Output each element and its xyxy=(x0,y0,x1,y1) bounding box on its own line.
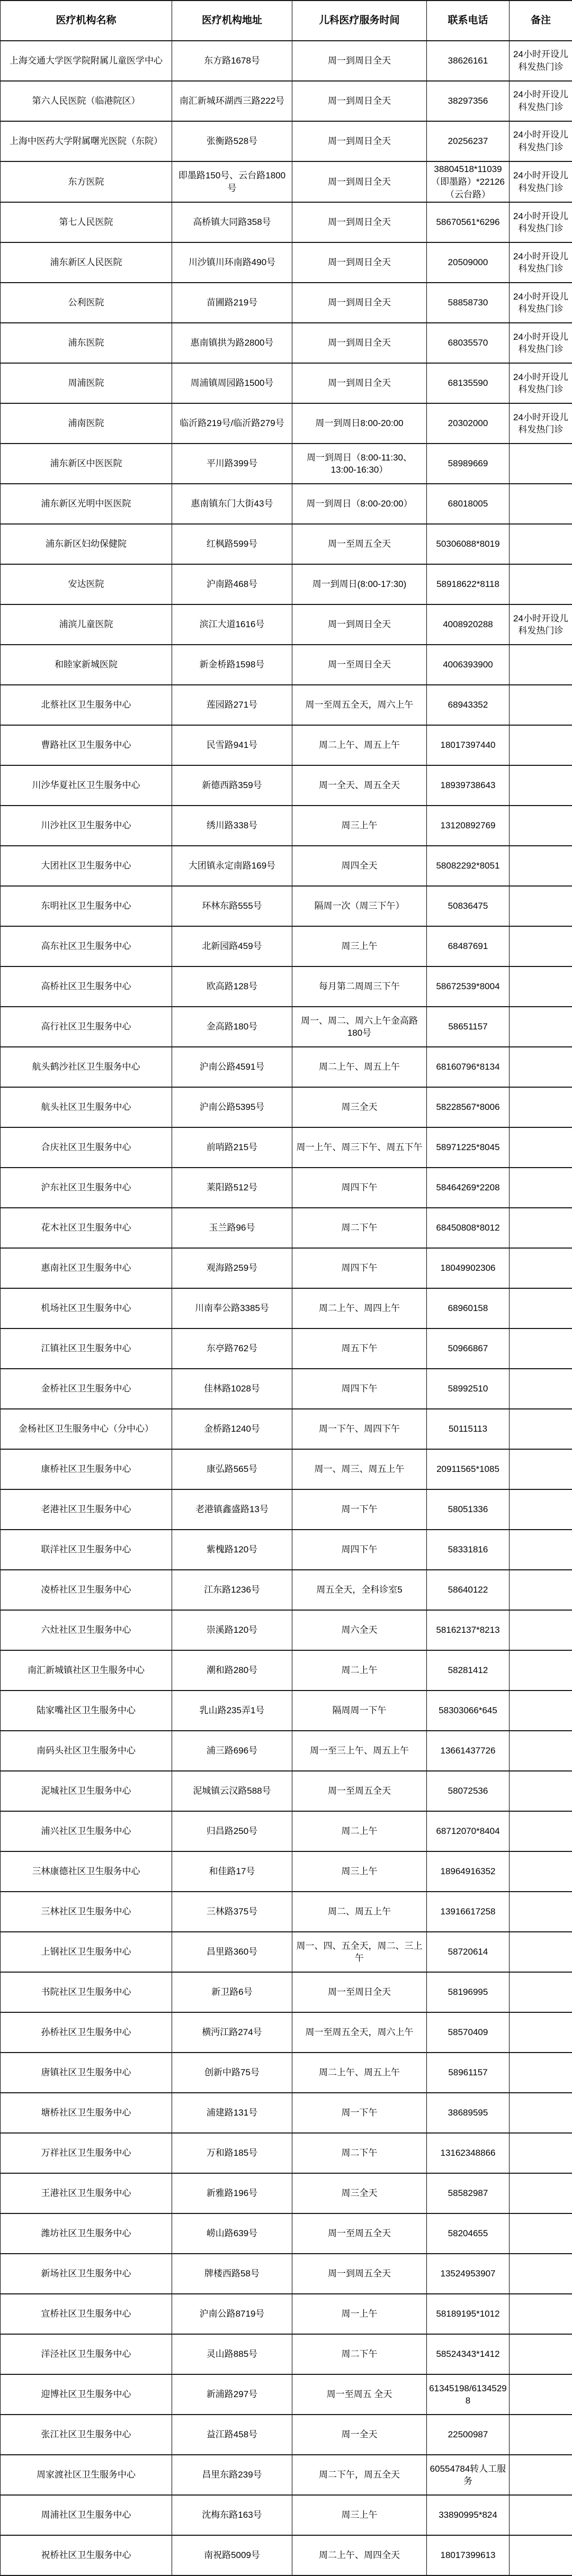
cell-address: 新德西路359号 xyxy=(172,765,292,806)
cell-institution-name: 周浦医院 xyxy=(1,363,172,403)
cell-address: 新雅路196号 xyxy=(172,2173,292,2213)
cell-institution-name: 和睦家新城医院 xyxy=(1,645,172,685)
cell-phone: 68487691 xyxy=(427,926,510,966)
cell-remark xyxy=(510,806,572,846)
table-row: 南码头社区卫生服务中心浦三路696号周一至三上午、周五上午13661437726 xyxy=(1,1731,572,1771)
cell-address: 沪南路468号 xyxy=(172,564,292,604)
cell-institution-name: 康桥社区卫生服务中心 xyxy=(1,1449,172,1489)
cell-address: 牌楼西路58号 xyxy=(172,2254,292,2294)
cell-service-time: 周一到周日全天 xyxy=(292,604,427,645)
cell-institution-name: 洋泾社区卫生服务中心 xyxy=(1,2334,172,2374)
cell-service-time: 周三上午 xyxy=(292,2495,427,2535)
cell-phone: 68960158 xyxy=(427,1288,510,1328)
cell-service-time: 周二下午 xyxy=(292,2334,427,2374)
cell-remark xyxy=(510,1771,572,1811)
cell-address: 昌里路360号 xyxy=(172,1932,292,1972)
cell-phone: 13120892769 xyxy=(427,806,510,846)
cell-service-time: 周一到周日8:00-20:00 xyxy=(292,403,427,444)
cell-remark xyxy=(510,1851,572,1892)
cell-institution-name: 航头社区卫生服务中心 xyxy=(1,1087,172,1127)
cell-service-time: 周二上午、周四全天 xyxy=(292,2535,427,2575)
table-row: 孙桥社区卫生服务中心横沔江路274号周一至周五全天，周六上午58570409 xyxy=(1,2012,572,2053)
cell-phone: 13524953907 xyxy=(427,2254,510,2294)
cell-service-time: 周四下午 xyxy=(292,1248,427,1288)
table-row: 沪东社区卫生服务中心莱阳路512号周四下午58464269*2208 xyxy=(1,1168,572,1208)
cell-phone: 13661437726 xyxy=(427,1731,510,1771)
cell-institution-name: 王港社区卫生服务中心 xyxy=(1,2173,172,2213)
cell-service-time: 周一下午 xyxy=(292,2093,427,2133)
cell-remark xyxy=(510,2374,572,2415)
cell-service-time: 周一到周日全天 xyxy=(292,242,427,283)
cell-address: 崂山路639号 xyxy=(172,2213,292,2254)
table-row: 张江社区卫生服务中心益江路458号周一全天22500987 xyxy=(1,2415,572,2455)
cell-remark xyxy=(510,1087,572,1127)
cell-address: 金高路180号 xyxy=(172,1007,292,1047)
cell-service-time: 周五全天，全科诊室5 xyxy=(292,1570,427,1610)
cell-service-time: 周一到周日全天 xyxy=(292,81,427,121)
cell-address: 平川路399号 xyxy=(172,444,292,484)
cell-service-time: 周一、四、五全天，周二、三上午 xyxy=(292,1932,427,1972)
cell-service-time: 周一到周日全天 xyxy=(292,202,427,242)
cell-remark xyxy=(510,1047,572,1087)
cell-remark xyxy=(510,685,572,725)
cell-phone: 58670561*6296 xyxy=(427,202,510,242)
cell-service-time: 周二上午、周五上午 xyxy=(292,725,427,765)
cell-phone: 20302000 xyxy=(427,403,510,444)
cell-institution-name: 浦东新区光明中医医院 xyxy=(1,484,172,524)
cell-phone: 68712070*8404 xyxy=(427,1811,510,1851)
cell-institution-name: 机场社区卫生服务中心 xyxy=(1,1288,172,1328)
cell-institution-name: 浦东新区中医医院 xyxy=(1,444,172,484)
table-row: 航头鹤沙社区卫生服务中心沪南公路4591号周二上午、周五上午68160796*8… xyxy=(1,1047,572,1087)
cell-address: 莱阳路512号 xyxy=(172,1168,292,1208)
cell-address: 灵山路885号 xyxy=(172,2334,292,2374)
cell-remark xyxy=(510,1691,572,1731)
table-row: 大团社区卫生服务中心大团镇永定南路169号周四全天58082292*8051 xyxy=(1,846,572,886)
table-row: 周浦医院周浦镇周园路1500号周一到周日全天6813559024小时开设儿科发热… xyxy=(1,363,572,403)
cell-institution-name: 联洋社区卫生服务中心 xyxy=(1,1530,172,1570)
cell-remark: 24小时开设儿科发热门诊 xyxy=(510,403,572,444)
cell-address: 惠南镇拱为路2800号 xyxy=(172,323,292,363)
cell-address: 沪南公路4591号 xyxy=(172,1047,292,1087)
cell-address: 川沙镇川环南路490号 xyxy=(172,242,292,283)
cell-service-time: 每月第二周周三下午 xyxy=(292,966,427,1007)
cell-address: 紫槐路120号 xyxy=(172,1530,292,1570)
cell-institution-name: 新场社区卫生服务中心 xyxy=(1,2254,172,2294)
table-row: 浦东医院惠南镇拱为路2800号周一到周日全天6803557024小时开设儿科发热… xyxy=(1,323,572,363)
cell-remark xyxy=(510,1892,572,1932)
cell-service-time: 周五下午 xyxy=(292,1328,427,1369)
table-row: 老港社区卫生服务中心老港镇鑫盛路13号周一下午58051336 xyxy=(1,1489,572,1530)
cell-address: 绣川路338号 xyxy=(172,806,292,846)
cell-institution-name: 浦东医院 xyxy=(1,323,172,363)
cell-address: 归昌路250号 xyxy=(172,1811,292,1851)
cell-remark xyxy=(510,1409,572,1449)
table-row: 联洋社区卫生服务中心紫槐路120号周四下午58331816 xyxy=(1,1530,572,1570)
cell-service-time: 周一到周日全天 xyxy=(292,363,427,403)
cell-institution-name: 泥城社区卫生服务中心 xyxy=(1,1771,172,1811)
cell-phone: 58051336 xyxy=(427,1489,510,1530)
table-row: 洋泾社区卫生服务中心灵山路885号周二下午58524343*1412 xyxy=(1,2334,572,2374)
table-row: 新场社区卫生服务中心牌楼西路58号周一到周五全天13524953907 xyxy=(1,2254,572,2294)
cell-address: 前哨路215号 xyxy=(172,1127,292,1168)
table-row: 三林社区卫生服务中心三林路375号周二、周五上午13916617258 xyxy=(1,1892,572,1932)
cell-institution-name: 三林社区卫生服务中心 xyxy=(1,1892,172,1932)
cell-institution-name: 孙桥社区卫生服务中心 xyxy=(1,2012,172,2053)
table-row: 祝桥社区卫生服务中心南祝路5009号周二上午、周四全天18017399613 xyxy=(1,2535,572,2575)
table-row: 川沙华夏社区卫生服务中心新德西路359号周一全天、周五全天18939738643 xyxy=(1,765,572,806)
col-header-remark: 备注 xyxy=(510,1,572,41)
cell-remark xyxy=(510,1570,572,1610)
cell-institution-name: 周家渡社区卫生服务中心 xyxy=(1,2455,172,2495)
cell-phone: 58651157 xyxy=(427,1007,510,1047)
cell-phone: 58228567*8006 xyxy=(427,1087,510,1127)
table-row: 浦东新区人民医院川沙镇川环南路490号周一到周日全天2050900024小时开设… xyxy=(1,242,572,283)
cell-service-time: 周一至周五全天，周六上午 xyxy=(292,685,427,725)
cell-remark xyxy=(510,886,572,926)
cell-remark xyxy=(510,1972,572,2012)
header-row: 医疗机构名称 医疗机构地址 儿科医疗服务时间 联系电话 备注 xyxy=(1,1,572,41)
cell-service-time: 周一到周日全天 xyxy=(292,161,427,202)
cell-address: 益江路458号 xyxy=(172,2415,292,2455)
cell-service-time: 周一到周日（8:00-20:00） xyxy=(292,484,427,524)
cell-remark xyxy=(510,1932,572,1972)
cell-address: 观海路259号 xyxy=(172,1248,292,1288)
cell-service-time: 周一至周五全天 xyxy=(292,1771,427,1811)
cell-phone: 13916617258 xyxy=(427,1892,510,1932)
cell-service-time: 周一到周日(8:00-17:30) xyxy=(292,564,427,604)
cell-institution-name: 金桥社区卫生服务中心 xyxy=(1,1369,172,1409)
cell-address: 万和路185号 xyxy=(172,2133,292,2173)
table-row: 高桥社区卫生服务中心欧高路128号每月第二周周三下午58672539*8004 xyxy=(1,966,572,1007)
cell-service-time: 周一全天 xyxy=(292,2415,427,2455)
medical-institutions-table: 医疗机构名称 医疗机构地址 儿科医疗服务时间 联系电话 备注 上海交通大学医学院… xyxy=(0,0,572,2576)
cell-address: 即墨路150号、云台路1800号 xyxy=(172,161,292,202)
table-row: 惠南社区卫生服务中心观海路259号周四下午18049902306 xyxy=(1,1248,572,1288)
cell-remark xyxy=(510,564,572,604)
table-row: 花木社区卫生服务中心玉兰路96号周二下午68450808*8012 xyxy=(1,1208,572,1248)
cell-remark xyxy=(510,1610,572,1650)
table-row: 浦南医院临沂路219号/临沂路279号周一到周日8:00-20:00203020… xyxy=(1,403,572,444)
cell-address: 苗圃路219号 xyxy=(172,283,292,323)
cell-phone: 50836475 xyxy=(427,886,510,926)
cell-institution-name: 塘桥社区卫生服务中心 xyxy=(1,2093,172,2133)
cell-remark xyxy=(510,1208,572,1248)
table-row: 第六人民医院（临港院区）南汇新城环湖西三路222号周一到周日全天38297356… xyxy=(1,81,572,121)
cell-address: 新浦路297号 xyxy=(172,2374,292,2415)
cell-institution-name: 浦东新区妇幼保健院 xyxy=(1,524,172,564)
table-row: 公利医院苗圃路219号周一到周日全天5885873024小时开设儿科发热门诊 xyxy=(1,283,572,323)
cell-remark xyxy=(510,725,572,765)
cell-address: 沪南公路5395号 xyxy=(172,1087,292,1127)
cell-remark xyxy=(510,2133,572,2173)
cell-phone: 58204655 xyxy=(427,2213,510,2254)
cell-institution-name: 大团社区卫生服务中心 xyxy=(1,846,172,886)
cell-remark xyxy=(510,2455,572,2495)
table-row: 潍坊社区卫生服务中心崂山路639号周一至周五全天58204655 xyxy=(1,2213,572,2254)
table-row: 浦东新区中医医院平川路399号周一到周日（8:00-11:30、13:00-16… xyxy=(1,444,572,484)
cell-phone: 58331816 xyxy=(427,1530,510,1570)
cell-remark xyxy=(510,1650,572,1691)
table-row: 浦东新区光明中医医院惠南镇东门大街43号周一到周日（8:00-20:00）680… xyxy=(1,484,572,524)
cell-phone: 58989669 xyxy=(427,444,510,484)
cell-remark xyxy=(510,1489,572,1530)
cell-service-time: 周二上午、周五上午 xyxy=(292,2053,427,2093)
cell-service-time: 周二上午 xyxy=(292,1811,427,1851)
cell-phone: 58189195*1012 xyxy=(427,2294,510,2334)
table-row: 金桥社区卫生服务中心佳林路1028号周四下午58992510 xyxy=(1,1369,572,1409)
table-row: 宣桥社区卫生服务中心沪南公路8719号周一上午58189195*1012 xyxy=(1,2294,572,2334)
cell-institution-name: 万祥社区卫生服务中心 xyxy=(1,2133,172,2173)
cell-institution-name: 浦兴社区卫生服务中心 xyxy=(1,1811,172,1851)
cell-service-time: 周四下午 xyxy=(292,1369,427,1409)
cell-phone: 20911565*1085 xyxy=(427,1449,510,1489)
cell-service-time: 周四下午 xyxy=(292,1168,427,1208)
cell-phone: 38297356 xyxy=(427,81,510,121)
cell-service-time: 周二上午、周五上午 xyxy=(292,1047,427,1087)
cell-address: 金桥路1240号 xyxy=(172,1409,292,1449)
cell-address: 昌里东路239号 xyxy=(172,2455,292,2495)
cell-address: 临沂路219号/临沂路279号 xyxy=(172,403,292,444)
cell-institution-name: 浦南医院 xyxy=(1,403,172,444)
cell-phone: 58672539*8004 xyxy=(427,966,510,1007)
table-row: 凌桥社区卫生服务中心江东路1236号周五全天，全科诊室558640122 xyxy=(1,1570,572,1610)
cell-phone: 58303066*645 xyxy=(427,1691,510,1731)
cell-remark xyxy=(510,2334,572,2374)
table-row: 康桥社区卫生服务中心康弘路565号周一、周三、周五上午20911565*1085 xyxy=(1,1449,572,1489)
cell-phone: 68943352 xyxy=(427,685,510,725)
cell-address: 创新中路75号 xyxy=(172,2053,292,2093)
cell-service-time: 周一全天、周五全天 xyxy=(292,765,427,806)
cell-phone: 58072536 xyxy=(427,1771,510,1811)
cell-institution-name: 上海中医药大学附属曙光医院（东院） xyxy=(1,121,172,161)
cell-institution-name: 高东社区卫生服务中心 xyxy=(1,926,172,966)
cell-remark xyxy=(510,1811,572,1851)
cell-address: 沪南公路8719号 xyxy=(172,2294,292,2334)
table-row: 三林康德社区卫生服务中心和佳路17号周三上午18964916352 xyxy=(1,1851,572,1892)
col-header-phone: 联系电话 xyxy=(427,1,510,41)
cell-institution-name: 安达医院 xyxy=(1,564,172,604)
cell-phone: 58640122 xyxy=(427,1570,510,1610)
table-row: 机场社区卫生服务中心川南奉公路3385号周二上午、周四上午68960158 xyxy=(1,1288,572,1328)
cell-institution-name: 东方医院 xyxy=(1,161,172,202)
table-row: 第七人民医院高桥镇大同路358号周一到周日全天58670561*629624小时… xyxy=(1,202,572,242)
cell-remark: 24小时开设儿科发热门诊 xyxy=(510,242,572,283)
cell-phone: 68035570 xyxy=(427,323,510,363)
cell-service-time: 周一至周日全天 xyxy=(292,645,427,685)
cell-service-time: 周一、周二、周六上午金高路180号 xyxy=(292,1007,427,1047)
cell-institution-name: 高行社区卫生服务中心 xyxy=(1,1007,172,1047)
cell-institution-name: 金杨社区卫生服务中心（分中心） xyxy=(1,1409,172,1449)
cell-institution-name: 书院社区卫生服务中心 xyxy=(1,1972,172,2012)
cell-service-time: 周三上午 xyxy=(292,1851,427,1892)
cell-remark: 24小时开设儿科发热门诊 xyxy=(510,363,572,403)
cell-institution-name: 合庆社区卫生服务中心 xyxy=(1,1127,172,1168)
table-row: 东方医院即墨路150号、云台路1800号周一到周日全天38804518*1103… xyxy=(1,161,572,202)
table-row: 川沙社区卫生服务中心绣川路338号周三上午13120892769 xyxy=(1,806,572,846)
cell-address: 泥城镇云汉路588号 xyxy=(172,1771,292,1811)
col-header-address: 医疗机构地址 xyxy=(172,1,292,41)
cell-remark xyxy=(510,1369,572,1409)
cell-address: 周浦镇周园路1500号 xyxy=(172,363,292,403)
cell-service-time: 周一下午 xyxy=(292,1489,427,1530)
table-row: 唐镇社区卫生服务中心创新中路75号周二上午、周五上午58961157 xyxy=(1,2053,572,2093)
cell-service-time: 周一至周五全天 xyxy=(292,2213,427,2254)
cell-remark xyxy=(510,2254,572,2294)
cell-address: 欧高路128号 xyxy=(172,966,292,1007)
cell-service-time: 周一到周日全天 xyxy=(292,41,427,81)
cell-institution-name: 南汇新城镇社区卫生服务中心 xyxy=(1,1650,172,1691)
cell-remark xyxy=(510,765,572,806)
cell-remark: 24小时开设儿科发热门诊 xyxy=(510,604,572,645)
cell-service-time: 周六全天 xyxy=(292,1610,427,1650)
cell-remark: 24小时开设儿科发热门诊 xyxy=(510,161,572,202)
cell-phone: 18017397440 xyxy=(427,725,510,765)
table-row: 上海中医药大学附属曙光医院（东院）张衡路528号周一到周日全天202562372… xyxy=(1,121,572,161)
cell-institution-name: 川沙华夏社区卫生服务中心 xyxy=(1,765,172,806)
cell-remark xyxy=(510,2495,572,2535)
cell-phone: 61345198/61345298 xyxy=(427,2374,510,2415)
table-row: 浦滨儿童医院滨江大道1616号周一到周日全天400892028824小时开设儿科… xyxy=(1,604,572,645)
cell-remark xyxy=(510,2053,572,2093)
cell-phone: 58281412 xyxy=(427,1650,510,1691)
cell-remark xyxy=(510,2535,572,2575)
cell-remark xyxy=(510,645,572,685)
cell-service-time: 周一至周五 全天 xyxy=(292,2374,427,2415)
cell-institution-name: 高桥社区卫生服务中心 xyxy=(1,966,172,1007)
cell-remark xyxy=(510,2093,572,2133)
cell-phone: 13162348866 xyxy=(427,2133,510,2173)
cell-institution-name: 张江社区卫生服务中心 xyxy=(1,2415,172,2455)
cell-service-time: 周三全天 xyxy=(292,1087,427,1127)
cell-phone: 38626161 xyxy=(427,41,510,81)
cell-institution-name: 江镇社区卫生服务中心 xyxy=(1,1328,172,1369)
cell-remark xyxy=(510,2012,572,2053)
cell-institution-name: 东明社区卫生服务中心 xyxy=(1,886,172,926)
cell-institution-name: 曹路社区卫生服务中心 xyxy=(1,725,172,765)
cell-address: 浦建路131号 xyxy=(172,2093,292,2133)
table-row: 金杨社区卫生服务中心（分中心）金桥路1240号周一下午、周四下午50115113 xyxy=(1,1409,572,1449)
cell-institution-name: 南码头社区卫生服务中心 xyxy=(1,1731,172,1771)
cell-service-time: 周二、周五上午 xyxy=(292,1892,427,1932)
table-row: 六灶社区卫生服务中心崇溪路120号周六全天58162137*8213 xyxy=(1,1610,572,1650)
cell-remark xyxy=(510,1449,572,1489)
cell-address: 三林路375号 xyxy=(172,1892,292,1932)
cell-address: 北新园路459号 xyxy=(172,926,292,966)
cell-institution-name: 上海交通大学医学院附属儿童医学中心 xyxy=(1,41,172,81)
cell-phone: 58720614 xyxy=(427,1932,510,1972)
cell-service-time: 周一上午、周三下午、周五下午 xyxy=(292,1127,427,1168)
cell-service-time: 周一至周五全天，周六上午 xyxy=(292,2012,427,2053)
table-row: 上海交通大学医学院附属儿童医学中心东方路1678号周一到周日全天38626161… xyxy=(1,41,572,81)
cell-institution-name: 公利医院 xyxy=(1,283,172,323)
cell-service-time: 周四下午 xyxy=(292,1530,427,1570)
cell-address: 张衡路528号 xyxy=(172,121,292,161)
table-row: 书院社区卫生服务中心新卫路6号周一至周日全天58196995 xyxy=(1,1972,572,2012)
cell-remark xyxy=(510,966,572,1007)
cell-address: 康弘路565号 xyxy=(172,1449,292,1489)
cell-institution-name: 花木社区卫生服务中心 xyxy=(1,1208,172,1248)
cell-institution-name: 浦滨儿童医院 xyxy=(1,604,172,645)
cell-phone: 38689595 xyxy=(427,2093,510,2133)
cell-institution-name: 潍坊社区卫生服务中心 xyxy=(1,2213,172,2254)
cell-service-time: 周二下午 xyxy=(292,1208,427,1248)
cell-phone: 18017399613 xyxy=(427,2535,510,2575)
cell-remark xyxy=(510,484,572,524)
cell-phone: 68018005 xyxy=(427,484,510,524)
cell-remark: 24小时开设儿科发热门诊 xyxy=(510,41,572,81)
cell-address: 沈梅东路163号 xyxy=(172,2495,292,2535)
cell-phone: 20256237 xyxy=(427,121,510,161)
cell-service-time: 周一上午 xyxy=(292,2294,427,2334)
cell-address: 江东路1236号 xyxy=(172,1570,292,1610)
cell-phone: 58858730 xyxy=(427,283,510,323)
pediatric-services-sheet: 医疗机构名称 医疗机构地址 儿科医疗服务时间 联系电话 备注 上海交通大学医学院… xyxy=(0,0,572,2576)
cell-institution-name: 六灶社区卫生服务中心 xyxy=(1,1610,172,1650)
cell-phone: 58582987 xyxy=(427,2173,510,2213)
cell-remark xyxy=(510,1530,572,1570)
cell-institution-name: 三林康德社区卫生服务中心 xyxy=(1,1851,172,1892)
cell-address: 横沔江路274号 xyxy=(172,2012,292,2053)
cell-address: 大团镇永定南路169号 xyxy=(172,846,292,886)
cell-phone: 58918622*8118 xyxy=(427,564,510,604)
cell-institution-name: 老港社区卫生服务中心 xyxy=(1,1489,172,1530)
cell-service-time: 周二上午 xyxy=(292,1650,427,1691)
cell-phone: 68160796*8134 xyxy=(427,1047,510,1087)
cell-service-time: 周一至周日全天 xyxy=(292,1972,427,2012)
cell-address: 高桥镇大同路358号 xyxy=(172,202,292,242)
cell-service-time: 隔周一次（周三下午） xyxy=(292,886,427,926)
cell-service-time: 周二下午 xyxy=(292,2133,427,2173)
cell-service-time: 周三上午 xyxy=(292,926,427,966)
cell-phone: 58082292*8051 xyxy=(427,846,510,886)
cell-phone: 58570409 xyxy=(427,2012,510,2053)
cell-address: 浦三路696号 xyxy=(172,1731,292,1771)
cell-phone: 50115113 xyxy=(427,1409,510,1449)
cell-remark xyxy=(510,444,572,484)
cell-phone: 33890995*824 xyxy=(427,2495,510,2535)
cell-institution-name: 宣桥社区卫生服务中心 xyxy=(1,2294,172,2334)
cell-phone: 60554784转人工服务 xyxy=(427,2455,510,2495)
table-row: 高东社区卫生服务中心北新园路459号周三上午68487691 xyxy=(1,926,572,966)
cell-phone: 22500987 xyxy=(427,2415,510,2455)
cell-remark xyxy=(510,846,572,886)
cell-institution-name: 凌桥社区卫生服务中心 xyxy=(1,1570,172,1610)
cell-service-time: 周一到周日全天 xyxy=(292,323,427,363)
cell-service-time: 周一下午、周四下午 xyxy=(292,1409,427,1449)
cell-address: 红枫路599号 xyxy=(172,524,292,564)
cell-institution-name: 惠南社区卫生服务中心 xyxy=(1,1248,172,1288)
cell-remark xyxy=(510,1731,572,1771)
table-row: 周家渡社区卫生服务中心昌里东路239号周二下午，周五全天60554784转人工服… xyxy=(1,2455,572,2495)
table-row: 泥城社区卫生服务中心泥城镇云汉路588号周一至周五全天58072536 xyxy=(1,1771,572,1811)
cell-address: 南祝路5009号 xyxy=(172,2535,292,2575)
cell-remark: 24小时开设儿科发热门诊 xyxy=(510,121,572,161)
cell-institution-name: 上钢社区卫生服务中心 xyxy=(1,1932,172,1972)
cell-address: 老港镇鑫盛路13号 xyxy=(172,1489,292,1530)
table-row: 和睦家新城医院新金桥路1598号周一至周日全天4006393900 xyxy=(1,645,572,685)
cell-remark xyxy=(510,1328,572,1369)
cell-phone: 4006393900 xyxy=(427,645,510,685)
table-row: 安达医院沪南路468号周一到周日(8:00-17:30)58918622*811… xyxy=(1,564,572,604)
col-header-institution-name: 医疗机构名称 xyxy=(1,1,172,41)
cell-phone: 58524343*1412 xyxy=(427,2334,510,2374)
cell-address: 川南奉公路3385号 xyxy=(172,1288,292,1328)
cell-phone: 4008920288 xyxy=(427,604,510,645)
cell-remark xyxy=(510,2415,572,2455)
cell-phone: 50966867 xyxy=(427,1328,510,1369)
cell-phone: 68450808*8012 xyxy=(427,1208,510,1248)
